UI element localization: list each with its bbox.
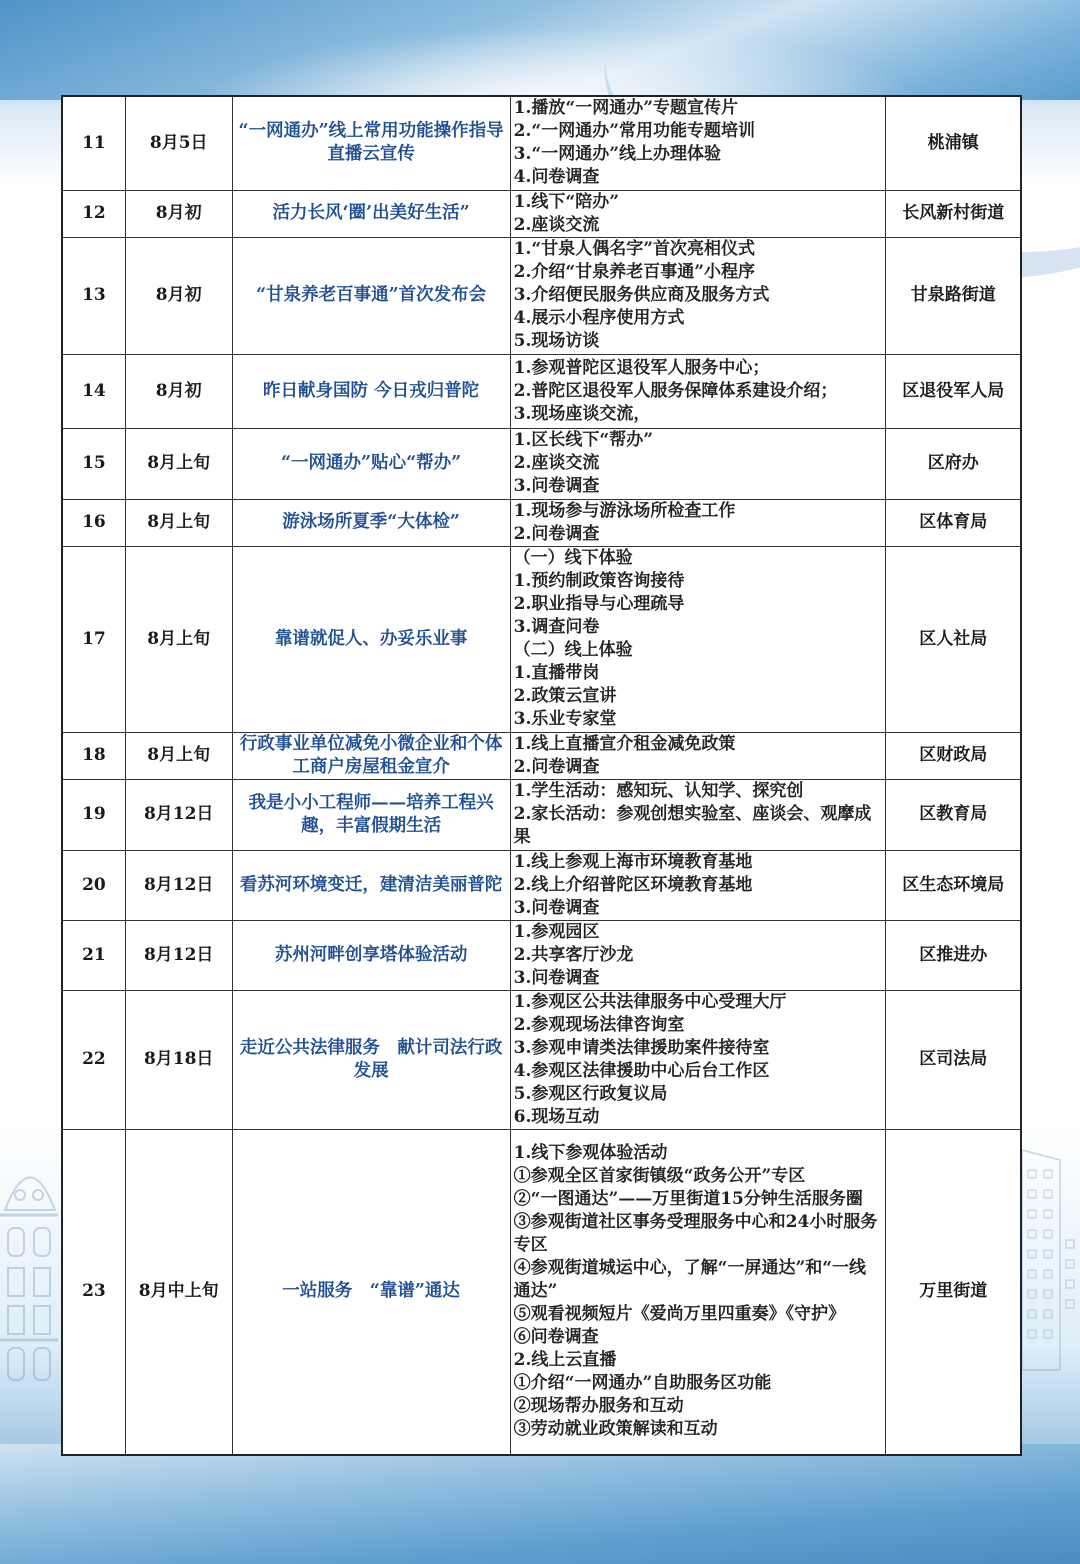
activity-title: 我是小小工程师——培养工程兴趣，丰富假期生活	[232, 779, 510, 850]
row-number: 18	[62, 732, 125, 779]
content-line: 2.座谈交流	[514, 214, 883, 237]
row-date: 8月12日	[125, 920, 232, 990]
content-line: 2.共享客厅沙龙	[514, 944, 883, 967]
table-row: 15 8月上旬 “一网通办”贴心“帮办” 1.区长线下“帮办”2.座谈交流3.问…	[62, 428, 1021, 499]
content-line: 1.参观区公共法律服务中心受理大厅	[514, 991, 883, 1014]
content-line: 2.座谈交流	[514, 452, 883, 475]
activity-schedule-table: 11 8月5日 “一网通办”线上常用功能操作指导直播云宣传 1.播放“一网通办”…	[61, 95, 1022, 1456]
row-number: 13	[62, 237, 125, 354]
content-line: ①参观全区首家街镇级“政务公开”专区	[514, 1165, 883, 1188]
activity-content: 1.播放“一网通办”专题宣传片2.“一网通办”常用功能专题培训3.“一网通办”线…	[510, 96, 886, 190]
activity-content: 1.参观区公共法律服务中心受理大厅2.参观现场法律咨询室3.参观申请类法律援助案…	[510, 990, 886, 1129]
activity-title: 游泳场所夏季“大体检”	[232, 499, 510, 546]
activity-title: 行政事业单位减免小微企业和个体工商户房屋租金宣介	[232, 732, 510, 779]
table-row: 22 8月18日 走近公共法律服务 献计司法行政发展 1.参观区公共法律服务中心…	[62, 990, 1021, 1129]
content-line: 2.“一网通办”常用功能专题培训	[514, 120, 883, 143]
row-number: 15	[62, 428, 125, 499]
row-number: 14	[62, 354, 125, 428]
row-date: 8月初	[125, 237, 232, 354]
activity-content: 1.线下参观体验活动①参观全区首家街镇级“政务公开”专区②“一图通达”——万里街…	[510, 1129, 886, 1455]
content-line: 1.预约制政策咨询接待	[514, 570, 883, 593]
row-date: 8月中上旬	[125, 1129, 232, 1455]
row-date: 8月12日	[125, 779, 232, 850]
row-number: 16	[62, 499, 125, 546]
tower-illustration-icon	[1020, 1140, 1080, 1380]
activity-title: “一网通办”线上常用功能操作指导直播云宣传	[232, 96, 510, 190]
table-row: 21 8月12日 苏州河畔创享塔体验活动 1.参观园区2.共享客厅沙龙3.问卷调…	[62, 920, 1021, 990]
content-line: 3.乐业专家堂	[514, 708, 883, 731]
row-date: 8月初	[125, 354, 232, 428]
organizer: 万里街道	[886, 1129, 1021, 1455]
activity-content: 1.学生活动：感知玩、认知学、探究创2.家长活动：参观创想实验室、座谈会、观摩成…	[510, 779, 886, 850]
content-line: ③劳动就业政策解读和互动	[514, 1418, 883, 1441]
content-line: 3.问卷调查	[514, 897, 883, 920]
content-line: 2.家长活动：参观创想实验室、座谈会、观摩成果	[514, 803, 883, 849]
content-line: 1.学生活动：感知玩、认知学、探究创	[514, 780, 883, 803]
content-line: 2.问卷调查	[514, 756, 883, 779]
table-row: 18 8月上旬 行政事业单位减免小微企业和个体工商户房屋租金宣介 1.线上直播宣…	[62, 732, 1021, 779]
table-row: 20 8月12日 看苏河环境变迁，建清洁美丽普陀 1.线上参观上海市环境教育基地…	[62, 850, 1021, 920]
content-line: 1.播放“一网通办”专题宣传片	[514, 97, 883, 120]
row-date: 8月5日	[125, 96, 232, 190]
content-line: 3.问卷调查	[514, 967, 883, 990]
organizer: 区司法局	[886, 990, 1021, 1129]
content-line: ⑤观看视频短片《爱尚万里四重奏》《守护》	[514, 1303, 883, 1326]
row-date: 8月上旬	[125, 499, 232, 546]
activity-title: 昨日献身国防 今日戎归普陀	[232, 354, 510, 428]
content-line: 1.线上直播宣介租金减免政策	[514, 733, 883, 756]
row-number: 23	[62, 1129, 125, 1455]
activity-content: 1.参观园区2.共享客厅沙龙3.问卷调查	[510, 920, 886, 990]
row-number: 11	[62, 96, 125, 190]
activity-title: 看苏河环境变迁，建清洁美丽普陀	[232, 850, 510, 920]
row-number: 19	[62, 779, 125, 850]
content-line: 6.现场互动	[514, 1106, 883, 1129]
content-line: 2.介绍“甘泉养老百事通”小程序	[514, 261, 883, 284]
organizer: 区推进办	[886, 920, 1021, 990]
table-row: 23 8月中上旬 一站服务 “靠谱”通达 1.线下参观体验活动①参观全区首家街镇…	[62, 1129, 1021, 1455]
content-line: 4.参观区法律援助中心后台工作区	[514, 1060, 883, 1083]
activity-content: 1.线上直播宣介租金减免政策2.问卷调查	[510, 732, 886, 779]
activity-content: 1.线上参观上海市环境教育基地2.线上介绍普陀区环境教育基地3.问卷调查	[510, 850, 886, 920]
content-line: 4.问卷调查	[514, 166, 883, 189]
activity-content: 1.区长线下“帮办”2.座谈交流3.问卷调查	[510, 428, 886, 499]
row-date: 8月上旬	[125, 428, 232, 499]
content-line: 2.政策云宣讲	[514, 685, 883, 708]
content-line: 1.“甘泉人偶名字”首次亮相仪式	[514, 238, 883, 261]
table-row: 14 8月初 昨日献身国防 今日戎归普陀 1.参观普陀区退役军人服务中心；2.普…	[62, 354, 1021, 428]
content-line: ②现场帮办服务和互动	[514, 1395, 883, 1418]
content-line: 3.问卷调查	[514, 475, 883, 498]
content-line: ⑥问卷调查	[514, 1326, 883, 1349]
content-line: ④参观街道城运中心，了解“一屏通达”和“一线通达”	[514, 1257, 883, 1303]
activity-title: 活力长风‘圈’出美好生活”	[232, 190, 510, 237]
content-line: 2.职业指导与心理疏导	[514, 593, 883, 616]
organizer: 区府办	[886, 428, 1021, 499]
table-row: 11 8月5日 “一网通办”线上常用功能操作指导直播云宣传 1.播放“一网通办”…	[62, 96, 1021, 190]
content-line: 1.线下“陪办”	[514, 191, 883, 214]
table-row: 17 8月上旬 靠谱就促人、办妥乐业事 （一）线下体验1.预约制政策咨询接待2.…	[62, 546, 1021, 732]
content-line: 2.线上介绍普陀区环境教育基地	[514, 874, 883, 897]
row-number: 22	[62, 990, 125, 1129]
organizer: 甘泉路街道	[886, 237, 1021, 354]
row-number: 12	[62, 190, 125, 237]
footer-background	[0, 1444, 1080, 1564]
organizer: 区教育局	[886, 779, 1021, 850]
row-number: 21	[62, 920, 125, 990]
activity-title: 走近公共法律服务 献计司法行政发展	[232, 990, 510, 1129]
row-number: 17	[62, 546, 125, 732]
content-line: ②“一图通达”——万里街道15分钟生活服务圈	[514, 1188, 883, 1211]
content-line: 3.现场座谈交流，	[514, 403, 883, 426]
organizer: 区财政局	[886, 732, 1021, 779]
content-line: 5.参观区行政复议局	[514, 1083, 883, 1106]
content-line: 3.调查问卷	[514, 616, 883, 639]
content-line: 3.参观申请类法律援助案件接待室	[514, 1037, 883, 1060]
content-line: 1.现场参与游泳场所检查工作	[514, 500, 883, 523]
table-row: 19 8月12日 我是小小工程师——培养工程兴趣，丰富假期生活 1.学生活动：感…	[62, 779, 1021, 850]
building-illustration-icon	[0, 1140, 58, 1390]
activity-title: 一站服务 “靠谱”通达	[232, 1129, 510, 1455]
content-line: 2.线上云直播	[514, 1349, 883, 1372]
content-line: 1.直播带岗	[514, 662, 883, 685]
table-row: 12 8月初 活力长风‘圈’出美好生活” 1.线下“陪办”2.座谈交流 长风新村…	[62, 190, 1021, 237]
content-line: ①介绍“一网通办”自助服务区功能	[514, 1372, 883, 1395]
row-date: 8月上旬	[125, 546, 232, 732]
content-line: 1.参观园区	[514, 921, 883, 944]
row-date: 8月上旬	[125, 732, 232, 779]
activity-title: “一网通办”贴心“帮办”	[232, 428, 510, 499]
content-line: （二）线上体验	[514, 639, 883, 662]
content-line: 3.“一网通办”线上办理体验	[514, 143, 883, 166]
activity-content: （一）线下体验1.预约制政策咨询接待2.职业指导与心理疏导3.调查问卷（二）线上…	[510, 546, 886, 732]
organizer: 区退役军人局	[886, 354, 1021, 428]
organizer: 区体育局	[886, 499, 1021, 546]
row-date: 8月18日	[125, 990, 232, 1129]
row-date: 8月初	[125, 190, 232, 237]
activity-title: “甘泉养老百事通”首次发布会	[232, 237, 510, 354]
content-line: ③参观街道社区事务受理服务中心和24小时服务专区	[514, 1211, 883, 1257]
content-line: 1.区长线下“帮办”	[514, 429, 883, 452]
activity-title: 苏州河畔创享塔体验活动	[232, 920, 510, 990]
row-number: 20	[62, 850, 125, 920]
organizer: 长风新村街道	[886, 190, 1021, 237]
table-row: 16 8月上旬 游泳场所夏季“大体检” 1.现场参与游泳场所检查工作2.问卷调查…	[62, 499, 1021, 546]
content-line: 1.线上参观上海市环境教育基地	[514, 851, 883, 874]
content-line: （一）线下体验	[514, 547, 883, 570]
content-line: 4.展示小程序使用方式	[514, 307, 883, 330]
organizer: 区人社局	[886, 546, 1021, 732]
activity-content: 1.“甘泉人偶名字”首次亮相仪式2.介绍“甘泉养老百事通”小程序3.介绍便民服务…	[510, 237, 886, 354]
content-line: 2.问卷调查	[514, 523, 883, 546]
activity-content: 1.线下“陪办”2.座谈交流	[510, 190, 886, 237]
content-line: 2.普陀区退役军人服务保障体系建设介绍；	[514, 380, 883, 403]
table-row: 13 8月初 “甘泉养老百事通”首次发布会 1.“甘泉人偶名字”首次亮相仪式2.…	[62, 237, 1021, 354]
content-line: 1.线下参观体验活动	[514, 1142, 883, 1165]
content-line: 2.参观现场法律咨询室	[514, 1014, 883, 1037]
content-line: 5.现场访谈	[514, 330, 883, 353]
organizer: 区生态环境局	[886, 850, 1021, 920]
row-date: 8月12日	[125, 850, 232, 920]
activity-content: 1.现场参与游泳场所检查工作2.问卷调查	[510, 499, 886, 546]
table-body: 11 8月5日 “一网通办”线上常用功能操作指导直播云宣传 1.播放“一网通办”…	[62, 96, 1021, 1455]
content-line: 1.参观普陀区退役军人服务中心；	[514, 357, 883, 380]
content-line: 3.介绍便民服务供应商及服务方式	[514, 284, 883, 307]
organizer: 桃浦镇	[886, 96, 1021, 190]
activity-content: 1.参观普陀区退役军人服务中心；2.普陀区退役军人服务保障体系建设介绍；3.现场…	[510, 354, 886, 428]
activity-title: 靠谱就促人、办妥乐业事	[232, 546, 510, 732]
